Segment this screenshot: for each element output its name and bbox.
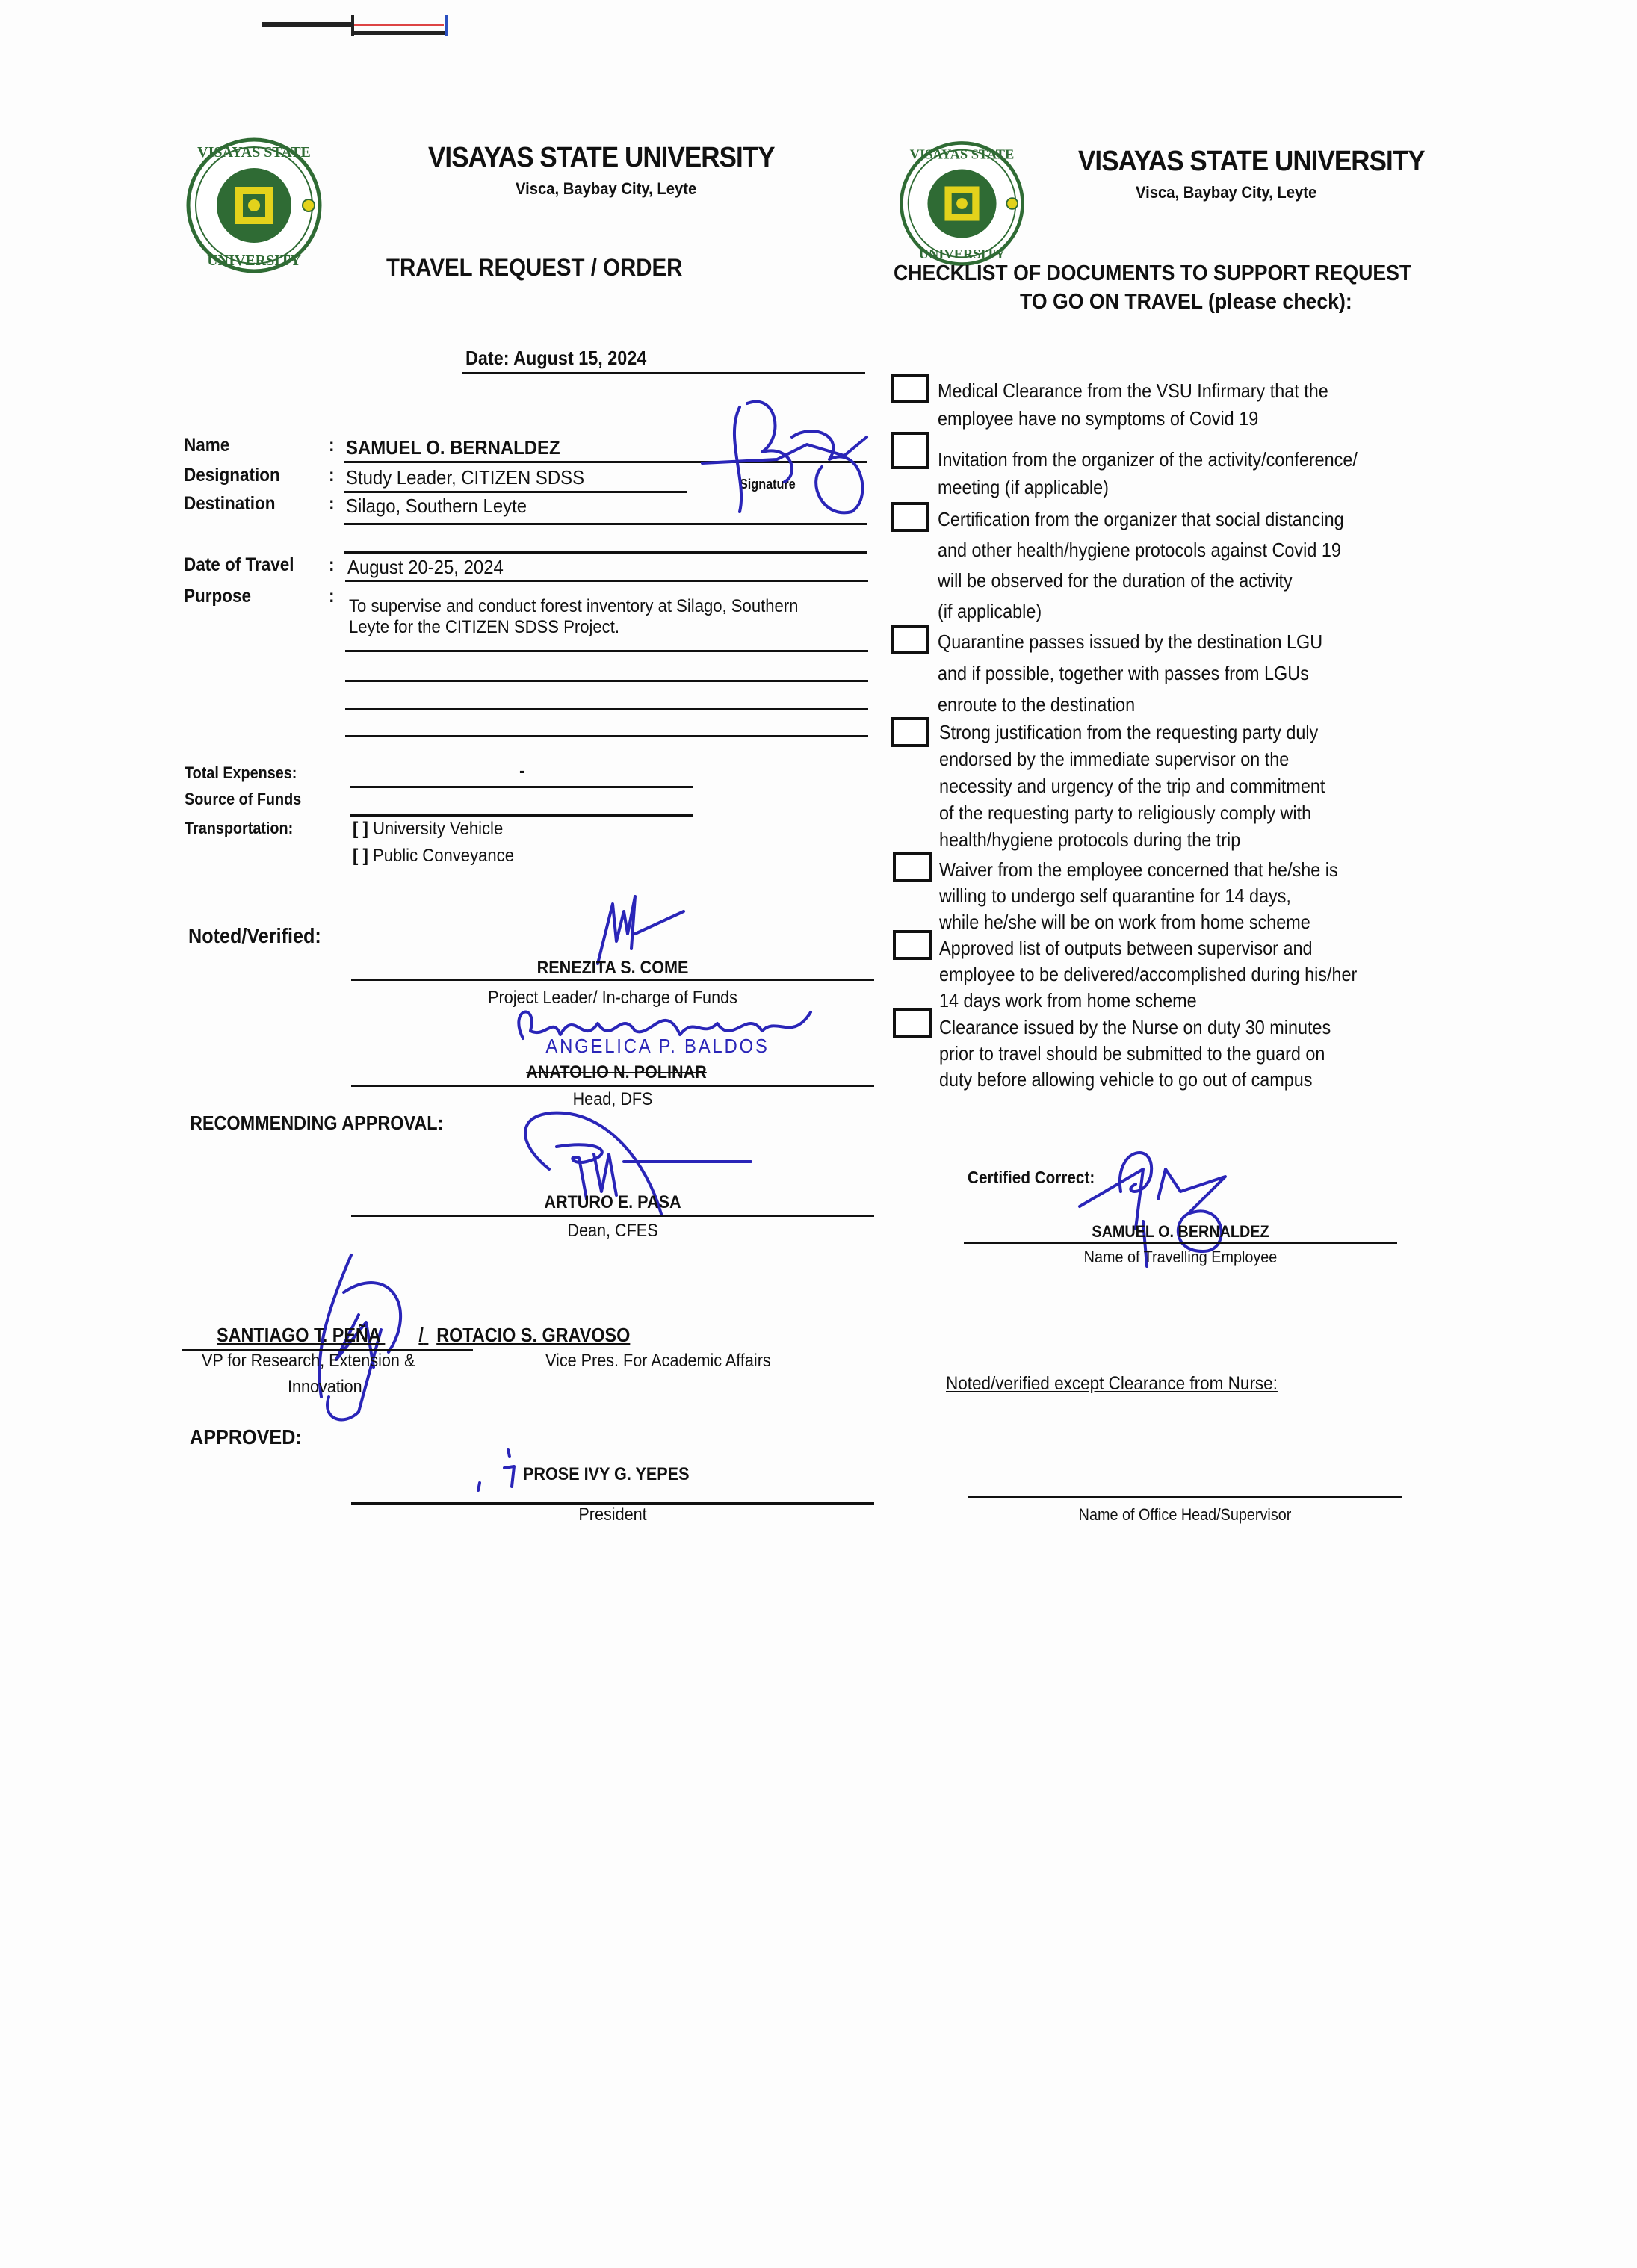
name-label: Name <box>184 435 229 456</box>
gravoso-name: ROTACIO S. GRAVOSO <box>436 1324 630 1346</box>
purpose-underline-1 <box>345 650 868 652</box>
svg-text:VISAYAS STATE: VISAYAS STATE <box>197 144 311 161</box>
purpose-underline-4 <box>345 735 868 737</box>
transport-option-university-vehicle[interactable]: [ ] University Vehicle <box>353 819 503 840</box>
scan-artifact <box>262 15 448 36</box>
checkbox[interactable] <box>893 1008 932 1038</box>
total-expenses-value[interactable]: - <box>519 759 525 782</box>
designation-label: Designation <box>184 465 280 486</box>
svg-text:UNIVERSITY: UNIVERSITY <box>919 247 1006 261</box>
come-name: RENEZITA S. COME <box>377 958 848 979</box>
vp-separator: / <box>418 1324 424 1346</box>
signature-label: Signature <box>740 477 796 492</box>
checklist-title-line-2: TO GO ON TRAVEL (please check): <box>1020 290 1352 315</box>
purpose-label: Purpose <box>184 586 251 607</box>
request-date: Date: August 15, 2024 <box>465 347 646 370</box>
office-head-signature-line <box>968 1496 1402 1498</box>
come-signature-line <box>351 979 874 981</box>
university-seal-icon: VISAYAS STATE UNIVERSITY <box>897 138 1027 269</box>
form-title: TRAVEL REQUEST / ORDER <box>386 254 682 282</box>
gravoso-title: Vice Pres. For Academic Affairs <box>545 1351 771 1372</box>
checklist-item-text: Approved list of outputs between supervi… <box>939 935 1423 1014</box>
date-of-travel-value[interactable]: August 20-25, 2024 <box>347 556 504 579</box>
designation-colon: : <box>329 465 334 486</box>
university-name: VISAYAS STATE UNIVERSITY <box>1078 146 1425 178</box>
designation-underline <box>344 491 687 493</box>
polinar-name: ANATOLIO N. POLINAR <box>465 1062 768 1083</box>
name-value[interactable]: SAMUEL O. BERNALDEZ <box>346 436 560 459</box>
head-dfs-signature-line <box>351 1085 874 1087</box>
pena-title-line-1: VP for Research, Extension & <box>202 1351 415 1372</box>
date-underline <box>462 372 865 374</box>
pasa-signature <box>497 1109 781 1236</box>
destination-value[interactable]: Silago, Southern Leyte <box>346 495 527 518</box>
certifier-name: SAMUEL O. BERNALDEZ <box>985 1222 1375 1242</box>
checkbox-bracket[interactable]: [ ] <box>353 846 368 866</box>
destination-label: Destination <box>184 493 276 515</box>
head-dfs-title: Head, DFS <box>377 1089 848 1110</box>
total-expenses-underline <box>350 786 693 788</box>
checkbox-bracket[interactable]: [ ] <box>353 819 368 839</box>
name-colon: : <box>329 435 334 456</box>
destination-underline-2 <box>344 551 867 554</box>
come-title: Project Leader/ In-charge of Funds <box>377 988 848 1008</box>
recommending-approval-heading: RECOMMENDING APPROVAL: <box>190 1112 443 1135</box>
requester-signature <box>695 392 874 519</box>
checkbox[interactable] <box>891 717 929 747</box>
source-of-funds-label: Source of Funds <box>185 790 301 809</box>
noted-except-nurse-heading: Noted/verified except Clearance from Nur… <box>946 1373 1278 1395</box>
university-name: VISAYAS STATE UNIVERSITY <box>428 142 775 174</box>
yepes-name: PROSE IVY G. YEPES <box>523 1464 689 1485</box>
checklist-item-text: Strong justification from the requesting… <box>939 719 1423 853</box>
checklist-item-text: Invitation from the organizer of the act… <box>938 446 1422 501</box>
checkbox[interactable] <box>891 374 929 403</box>
option-label: Public Conveyance <box>373 846 514 866</box>
svg-text:UNIVERSITY: UNIVERSITY <box>207 252 301 269</box>
pena-name-text: SANTIAGO T. PEÑA <box>217 1324 380 1346</box>
checkbox[interactable] <box>891 625 929 654</box>
checkbox[interactable] <box>893 930 932 960</box>
checklist-item-text: Certification from the organizer that so… <box>938 504 1422 627</box>
yepes-title: President <box>377 1505 848 1525</box>
university-address: Visca, Baybay City, Leyte <box>1136 183 1316 202</box>
destination-underline <box>344 523 867 525</box>
transport-option-public-conveyance[interactable]: [ ] Public Conveyance <box>353 846 514 867</box>
purpose-underline-2 <box>345 680 868 682</box>
checkbox[interactable] <box>893 852 932 882</box>
pasa-title: Dean, CFES <box>377 1221 848 1242</box>
office-head-title: Name of Office Head/Supervisor <box>990 1505 1380 1525</box>
checkbox[interactable] <box>891 432 929 469</box>
checklist-item-text: Waiver from the employee concerned that … <box>939 857 1423 935</box>
total-expenses-label: Total Expenses: <box>185 763 297 783</box>
certifier-signature-line <box>964 1242 1397 1244</box>
pena-name: SANTIAGO T. PEÑA / ROTACIO S. GRAVOSO <box>217 1324 630 1347</box>
option-label: University Vehicle <box>373 819 503 839</box>
pasa-name: ARTURO E. PASA <box>377 1192 848 1213</box>
source-of-funds-underline <box>350 814 693 817</box>
purpose-line-2[interactable]: Leyte for the CITIZEN SDSS Project. <box>349 617 619 638</box>
baldos-handwritten-name: ANGELICA P. BALDOS <box>520 1035 795 1058</box>
pasa-signature-line <box>351 1215 874 1217</box>
checklist-item-text: Medical Clearance from the VSU Infirmary… <box>938 377 1422 433</box>
purpose-underline-3 <box>345 708 868 710</box>
transportation-label: Transportation: <box>185 819 293 838</box>
noted-verified-heading: Noted/Verified: <box>188 924 321 948</box>
purpose-line-1[interactable]: To supervise and conduct forest inventor… <box>349 596 798 617</box>
checklist-title-line-1: CHECKLIST OF DOCUMENTS TO SUPPORT REQUES… <box>894 261 1411 286</box>
checkbox[interactable] <box>891 502 929 532</box>
approved-heading: APPROVED: <box>190 1425 302 1449</box>
certified-correct-heading: Certified Correct: <box>968 1168 1095 1188</box>
checklist-item-text: Quarantine passes issued by the destinat… <box>938 626 1422 720</box>
university-address: Visca, Baybay City, Leyte <box>516 179 696 199</box>
purpose-colon: : <box>329 586 334 607</box>
yepes-initial-mark <box>471 1446 530 1498</box>
designation-value[interactable]: Study Leader, CITIZEN SDSS <box>346 466 584 489</box>
checklist-item-text: Clearance issued by the Nurse on duty 30… <box>939 1014 1423 1093</box>
destination-colon: : <box>329 493 334 515</box>
date-of-travel-underline <box>345 580 868 582</box>
pena-title-line-2: Innovation <box>288 1377 362 1398</box>
date-of-travel-colon: : <box>329 554 334 576</box>
svg-text:VISAYAS STATE: VISAYAS STATE <box>910 147 1015 162</box>
university-seal-icon: VISAYAS STATE UNIVERSITY <box>183 134 325 276</box>
name-underline <box>344 461 867 463</box>
date-of-travel-label: Date of Travel <box>184 554 294 576</box>
certifier-title: Name of Travelling Employee <box>985 1248 1375 1267</box>
